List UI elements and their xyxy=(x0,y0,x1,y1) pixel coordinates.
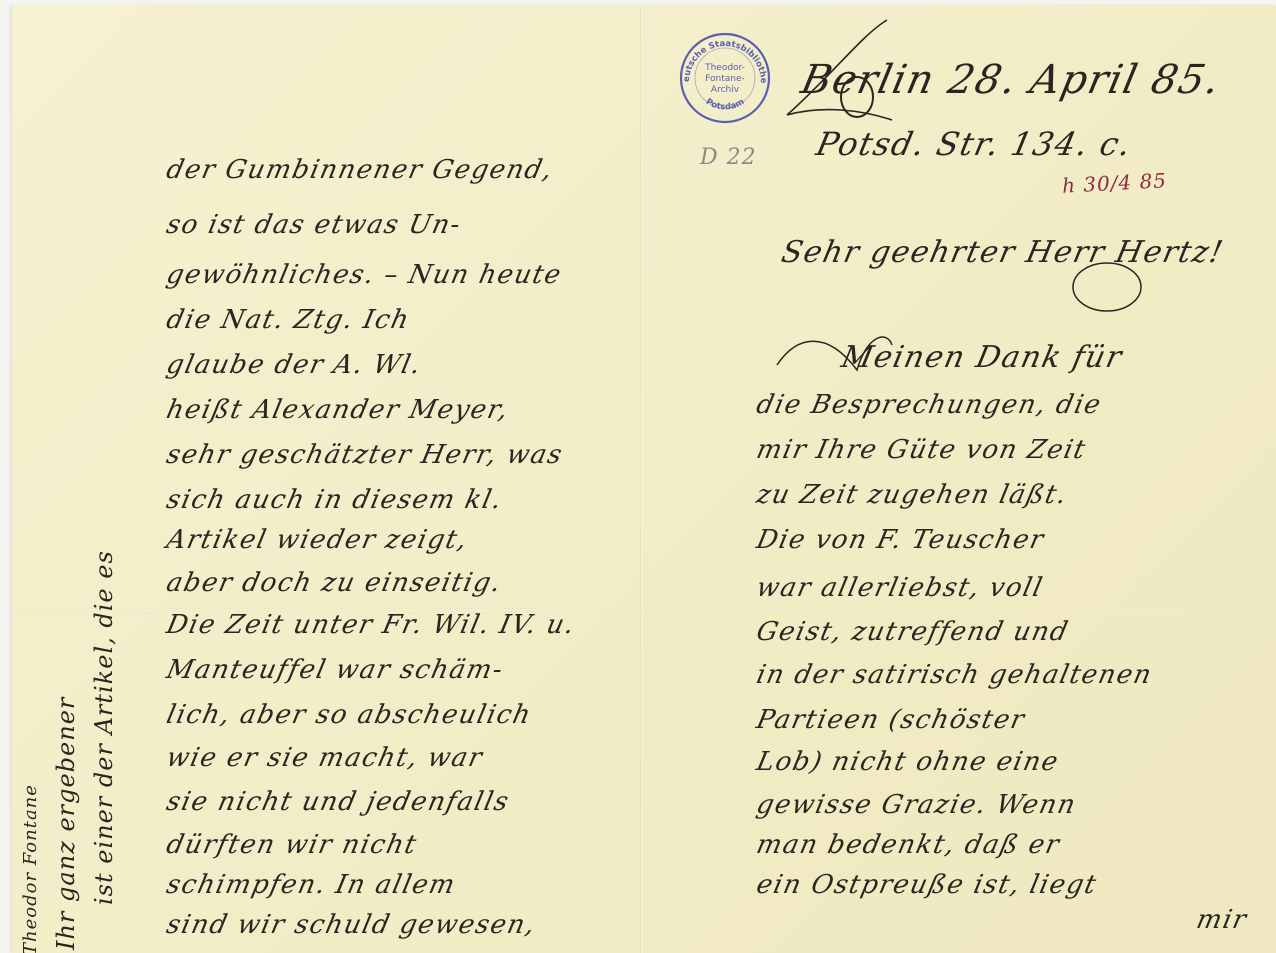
handwritten-line: mir Ihre Güte von Zeit xyxy=(754,435,1089,465)
handwritten-line: in der satirisch gehaltenen xyxy=(754,660,1156,690)
svg-text:Theodor-: Theodor- xyxy=(704,63,745,73)
handwritten-line: Meinen Dank für xyxy=(838,340,1126,375)
left-page: der Gumbinnener Gegend, so ist das etwas… xyxy=(12,5,640,953)
sender-address: Potsd. Str. 134. c. xyxy=(813,125,1136,163)
handwritten-line: Manteuffel war schäm- xyxy=(164,655,507,685)
handwritten-line: sehr geschätzter Herr, was xyxy=(164,440,566,470)
handwritten-line: Lob) nicht ohne eine xyxy=(754,747,1062,777)
handwritten-line: glaube der A. Wl. xyxy=(164,350,425,380)
handwritten-line: wie er sie macht, war xyxy=(164,743,486,773)
margin-note-vertical: Ihr ganz ergebener xyxy=(52,697,80,950)
handwritten-line: zu Zeit zugehen läßt. xyxy=(754,480,1071,510)
margin-signature-vertical: Theodor Fontane xyxy=(20,784,41,953)
handwritten-line: man bedenkt, daß er xyxy=(754,830,1063,860)
place-date: Berlin 28. April 85. xyxy=(797,57,1225,103)
handwritten-line: mir xyxy=(1194,905,1250,935)
handwritten-line: war allerliebst, voll xyxy=(754,573,1046,603)
margin-note-vertical: ist einer der Artikel, die es xyxy=(90,550,118,905)
handwritten-line: Die Zeit unter Fr. Wil. IV. u. xyxy=(164,610,578,640)
handwritten-line: die Nat. Ztg. Ich xyxy=(164,305,413,335)
handwritten-line: sich auch in diesem kl. xyxy=(164,485,506,515)
handwritten-line: Die von F. Teuscher xyxy=(754,525,1047,555)
handwritten-line: ein Ostpreuße ist, liegt xyxy=(754,870,1100,900)
svg-text:Archiv: Archiv xyxy=(711,85,740,95)
handwritten-line: Partieen (schöster xyxy=(754,705,1028,735)
handwritten-line: sind wir schuld gewesen, xyxy=(164,910,539,940)
svg-text:Potsdam: Potsdam xyxy=(704,97,747,113)
archive-stamp-icon: Deutsche Staatsbibliothek Potsdam Theodo… xyxy=(677,30,773,126)
salutation: Sehr geehrter Herr Hertz! xyxy=(778,235,1227,270)
handwritten-line: Geist, zutreffend und xyxy=(754,617,1072,647)
svg-text:Fontane-: Fontane- xyxy=(705,74,745,84)
archive-number: D 22 xyxy=(700,145,757,170)
handwritten-line: sie nicht und jedenfalls xyxy=(164,787,512,817)
handwritten-line: der Gumbinnener Gegend, xyxy=(164,155,556,185)
handwritten-line: Artikel wieder zeigt, xyxy=(164,525,471,555)
handwritten-line: dürften wir nicht xyxy=(164,830,420,860)
handwritten-line: gewöhnliches. – Nun heute xyxy=(164,260,565,290)
handwritten-line: lich, aber so abscheulich xyxy=(164,700,535,730)
handwritten-line: die Besprechungen, die xyxy=(754,390,1105,420)
handwritten-line: heißt Alexander Meyer, xyxy=(164,395,512,425)
handwritten-line: aber doch zu einseitig. xyxy=(164,568,505,598)
handwritten-line: gewisse Grazie. Wenn xyxy=(754,790,1079,820)
letter-sheet: der Gumbinnener Gegend, so ist das etwas… xyxy=(12,5,1276,953)
handwritten-line: schimpfen. In allem xyxy=(164,870,459,900)
handwritten-line: so ist das etwas Un- xyxy=(164,210,464,240)
